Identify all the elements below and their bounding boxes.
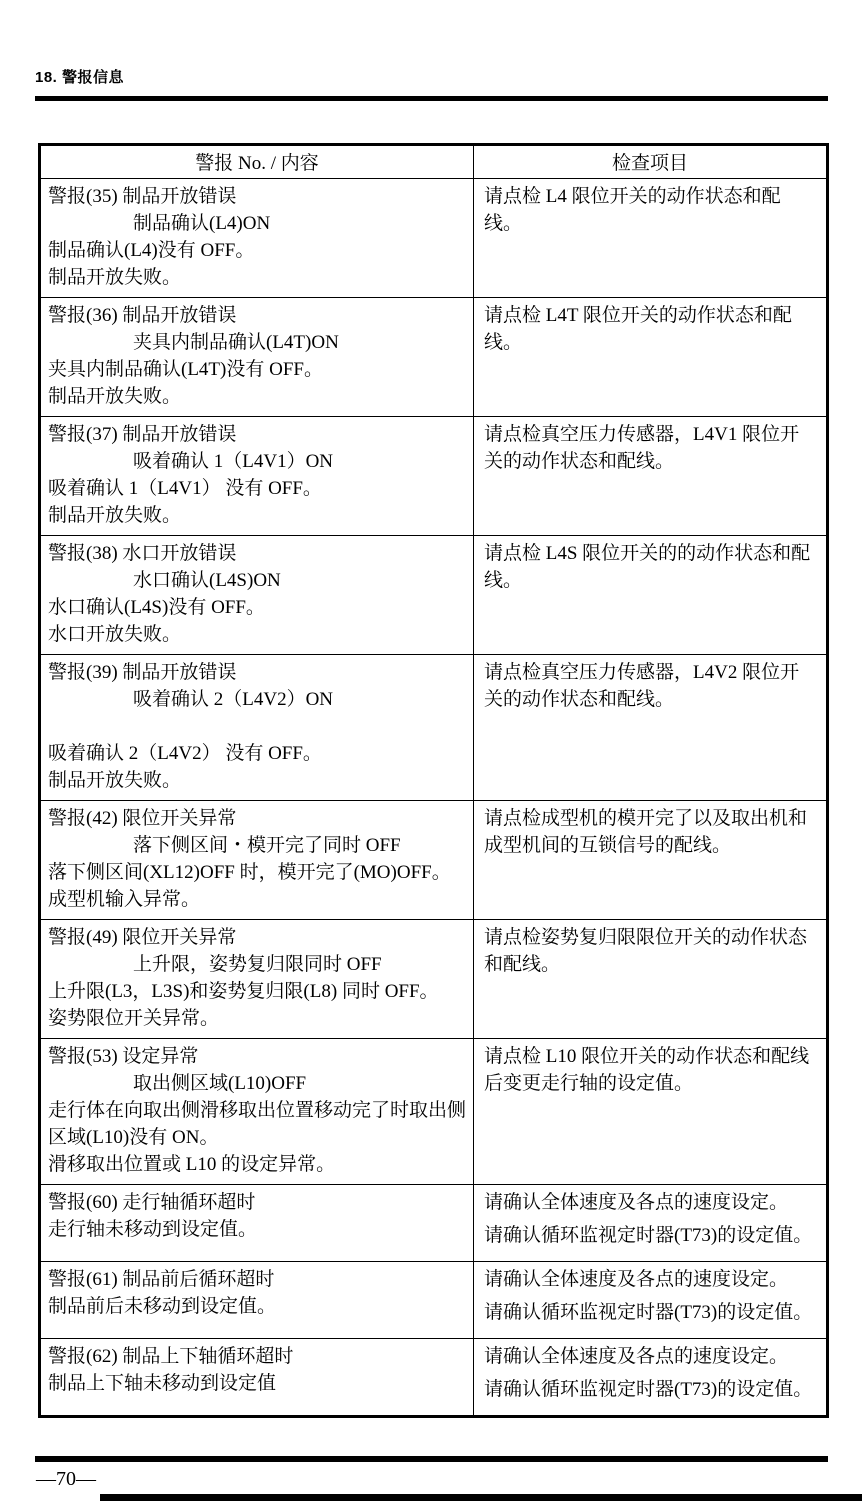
- check-item: 请点检 L4 限位开关的动作状态和配线。: [484, 183, 818, 237]
- alarm-title: 警报(42) 限位开关异常: [48, 805, 466, 832]
- alarm-content-cell: 警报(62) 制品上下轴循环超时制品上下轴未移动到设定值: [40, 1339, 474, 1417]
- check-items-cell: 请点检 L10 限位开关的动作状态和配线后变更走行轴的设定值。: [474, 1039, 828, 1185]
- alarm-title: 警报(49) 限位开关异常: [48, 924, 466, 951]
- alarm-body-line: 制品前后未移动到设定值。: [48, 1293, 466, 1320]
- check-items-cell: 请点检真空压力传感器，L4V2 限位开关的动作状态和配线。: [474, 655, 828, 801]
- table-row: 警报(35) 制品开放错误制品确认(L4)ON制品确认(L4)没有 OFF。制品…: [40, 179, 828, 298]
- alarm-body-line: 吸着确认 2（L4V2） 没有 OFF。: [48, 740, 466, 767]
- table-row: 警报(38) 水口开放错误水口确认(L4S)ON水口确认(L4S)没有 OFF。…: [40, 536, 828, 655]
- document-page: 18. 警报信息 警报 No. / 内容 检查项目 警报(35) 制品开放错误制…: [0, 0, 862, 1503]
- check-items-cell: 请确认全体速度及各点的速度设定。请确认循环监视定时器(T73)的设定值。: [474, 1262, 828, 1339]
- check-item: 请点检姿势复归限限位开关的动作状态和配线。: [484, 924, 818, 978]
- table-row: 警报(42) 限位开关异常落下侧区间・模开完了同时 OFF落下侧区间(XL12)…: [40, 801, 828, 920]
- alarm-body-line: 水口开放失败。: [48, 621, 466, 648]
- table-row: 警报(53) 设定异常取出侧区域(L10)OFF走行体在向取出侧滑移取出位置移动…: [40, 1039, 828, 1185]
- check-item: 请确认循环监视定时器(T73)的设定值。: [484, 1299, 818, 1326]
- alarm-content-cell: 警报(61) 制品前后循环超时制品前后未移动到设定值。: [40, 1262, 474, 1339]
- table-row: 警报(49) 限位开关异常上升限，姿势复归限同时 OFF上升限(L3，L3S)和…: [40, 920, 828, 1039]
- alarm-body-line: 走行体在向取出侧滑移取出位置移动完了时取出侧区域(L10)没有 ON。: [48, 1097, 466, 1151]
- alarm-subtitle: 吸着确认 1（L4V1）ON: [48, 448, 466, 475]
- alarm-title: 警报(37) 制品开放错误: [48, 421, 466, 448]
- alarm-body-line: 制品开放失败。: [48, 767, 466, 794]
- alarm-body-line: 夹具内制品确认(L4T)没有 OFF。: [48, 356, 466, 383]
- alarm-content-cell: 警报(35) 制品开放错误制品确认(L4)ON制品确认(L4)没有 OFF。制品…: [40, 179, 474, 298]
- check-items-cell: 请点检真空压力传感器，L4V1 限位开关的动作状态和配线。: [474, 417, 828, 536]
- check-items-cell: 请点检姿势复归限限位开关的动作状态和配线。: [474, 920, 828, 1039]
- check-item: 请点检真空压力传感器，L4V1 限位开关的动作状态和配线。: [484, 421, 818, 475]
- alarm-subtitle: 落下侧区间・模开完了同时 OFF: [48, 832, 466, 859]
- column-header-check: 检查项目: [474, 145, 828, 179]
- alarm-body-line: 制品开放失败。: [48, 383, 466, 410]
- alarm-body-line: 制品开放失败。: [48, 264, 466, 291]
- alarm-body-line: 落下侧区间(XL12)OFF 时，模开完了(MO)OFF。: [48, 859, 466, 886]
- column-header-alarm: 警报 No. / 内容: [40, 145, 474, 179]
- alarm-content-cell: 警报(53) 设定异常取出侧区域(L10)OFF走行体在向取出侧滑移取出位置移动…: [40, 1039, 474, 1185]
- bottom-edge-bar: [100, 1494, 862, 1501]
- alarm-content-cell: 警报(39) 制品开放错误吸着确认 2（L4V2）ON吸着确认 2（L4V2） …: [40, 655, 474, 801]
- alarm-title: 警报(60) 走行轴循环超时: [48, 1189, 466, 1216]
- alarm-body-line: 上升限(L3，L3S)和姿势复归限(L8) 同时 OFF。: [48, 978, 466, 1005]
- check-item: 请点检 L4T 限位开关的动作状态和配线。: [484, 302, 818, 356]
- check-items-cell: 请点检 L4S 限位开关的的动作状态和配线。: [474, 536, 828, 655]
- alarm-title: 警报(62) 制品上下轴循环超时: [48, 1343, 466, 1370]
- alarm-body-line: 成型机输入异常。: [48, 886, 466, 913]
- alarm-body-line: 姿势限位开关异常。: [48, 1005, 466, 1032]
- check-item: 请确认循环监视定时器(T73)的设定值。: [484, 1376, 818, 1403]
- table-row: 警报(37) 制品开放错误吸着确认 1（L4V1）ON吸着确认 1（L4V1） …: [40, 417, 828, 536]
- alarm-content-cell: 警报(36) 制品开放错误夹具内制品确认(L4T)ON夹具内制品确认(L4T)没…: [40, 298, 474, 417]
- check-item: 请确认循环监视定时器(T73)的设定值。: [484, 1222, 818, 1249]
- alarm-body-line: 走行轴未移动到设定值。: [48, 1216, 466, 1243]
- page-number: —70—: [36, 1468, 96, 1491]
- alarm-title: 警报(61) 制品前后循环超时: [48, 1266, 466, 1293]
- alarm-content-cell: 警报(49) 限位开关异常上升限，姿势复归限同时 OFF上升限(L3，L3S)和…: [40, 920, 474, 1039]
- table-header-row: 警报 No. / 内容 检查项目: [40, 145, 828, 179]
- check-item: 请确认全体速度及各点的速度设定。: [484, 1189, 818, 1216]
- alarm-content-cell: 警报(60) 走行轴循环超时走行轴未移动到设定值。: [40, 1185, 474, 1262]
- alarm-content-cell: 警报(38) 水口开放错误水口确认(L4S)ON水口确认(L4S)没有 OFF。…: [40, 536, 474, 655]
- alarm-subtitle: 上升限，姿势复归限同时 OFF: [48, 951, 466, 978]
- alarm-body-line: 吸着确认 1（L4V1） 没有 OFF。: [48, 475, 466, 502]
- alarm-content-cell: 警报(42) 限位开关异常落下侧区间・模开完了同时 OFF落下侧区间(XL12)…: [40, 801, 474, 920]
- section-header: 18. 警报信息: [35, 66, 124, 87]
- alarm-body-line: 制品开放失败。: [48, 502, 466, 529]
- alarm-subtitle: 夹具内制品确认(L4T)ON: [48, 329, 466, 356]
- alarm-title: 警报(39) 制品开放错误: [48, 659, 466, 686]
- alarm-body-line: 制品上下轴未移动到设定值: [48, 1370, 466, 1397]
- alarm-content-cell: 警报(37) 制品开放错误吸着确认 1（L4V1）ON吸着确认 1（L4V1） …: [40, 417, 474, 536]
- table-row: 警报(61) 制品前后循环超时制品前后未移动到设定值。请确认全体速度及各点的速度…: [40, 1262, 828, 1339]
- check-item: 请点检真空压力传感器，L4V2 限位开关的动作状态和配线。: [484, 659, 818, 713]
- table-row: 警报(39) 制品开放错误吸着确认 2（L4V2）ON吸着确认 2（L4V2） …: [40, 655, 828, 801]
- table-row: 警报(36) 制品开放错误夹具内制品确认(L4T)ON夹具内制品确认(L4T)没…: [40, 298, 828, 417]
- alarm-title: 警报(36) 制品开放错误: [48, 302, 466, 329]
- alarm-subtitle: 水口确认(L4S)ON: [48, 567, 466, 594]
- footer-rule: [35, 1456, 828, 1462]
- check-items-cell: 请点检 L4T 限位开关的动作状态和配线。: [474, 298, 828, 417]
- table-row: 警报(60) 走行轴循环超时走行轴未移动到设定值。请确认全体速度及各点的速度设定…: [40, 1185, 828, 1262]
- alarm-body-line: 制品确认(L4)没有 OFF。: [48, 237, 466, 264]
- alarm-title: 警报(53) 设定异常: [48, 1043, 466, 1070]
- alarm-body-line: 水口确认(L4S)没有 OFF。: [48, 594, 466, 621]
- check-item: 请确认全体速度及各点的速度设定。: [484, 1343, 818, 1370]
- check-items-cell: 请点检 L4 限位开关的动作状态和配线。: [474, 179, 828, 298]
- alarm-subtitle: 取出侧区域(L10)OFF: [48, 1070, 466, 1097]
- alarm-body-line: 滑移取出位置或 L10 的设定异常。: [48, 1151, 466, 1178]
- check-item: 请确认全体速度及各点的速度设定。: [484, 1266, 818, 1293]
- check-items-cell: 请确认全体速度及各点的速度设定。请确认循环监视定时器(T73)的设定值。: [474, 1339, 828, 1417]
- alarm-title: 警报(38) 水口开放错误: [48, 540, 466, 567]
- alarm-title: 警报(35) 制品开放错误: [48, 183, 466, 210]
- check-item: 请点检成型机的模开完了以及取出机和成型机间的互锁信号的配线。: [484, 805, 818, 859]
- check-items-cell: 请确认全体速度及各点的速度设定。请确认循环监视定时器(T73)的设定值。: [474, 1185, 828, 1262]
- header-rule: [35, 96, 828, 101]
- check-item: 请点检 L10 限位开关的动作状态和配线后变更走行轴的设定值。: [484, 1043, 818, 1097]
- check-items-cell: 请点检成型机的模开完了以及取出机和成型机间的互锁信号的配线。: [474, 801, 828, 920]
- alarm-subtitle: 吸着确认 2（L4V2）ON: [48, 686, 466, 713]
- alarm-table: 警报 No. / 内容 检查项目 警报(35) 制品开放错误制品确认(L4)ON…: [38, 143, 829, 1418]
- alarm-body-line: [48, 713, 466, 740]
- alarm-subtitle: 制品确认(L4)ON: [48, 210, 466, 237]
- table-row: 警报(62) 制品上下轴循环超时制品上下轴未移动到设定值请确认全体速度及各点的速…: [40, 1339, 828, 1417]
- check-item: 请点检 L4S 限位开关的的动作状态和配线。: [484, 540, 818, 594]
